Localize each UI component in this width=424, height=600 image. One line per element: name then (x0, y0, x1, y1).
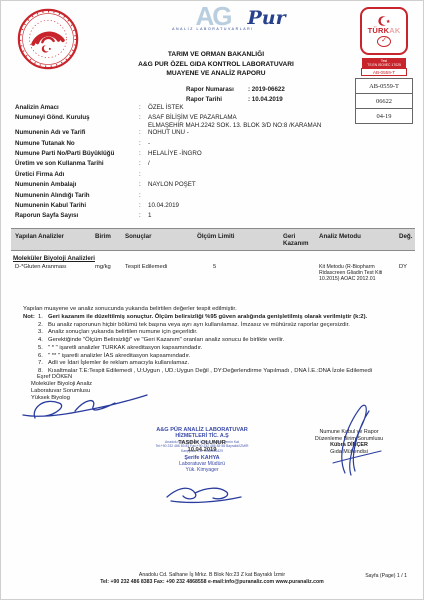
officer-title: Gıda Mühendisi (301, 449, 397, 456)
report-meta: Rapor Numarası : 2019-06622 Rapor Tarihi… (186, 85, 285, 104)
page-number: Sayfa (Page) 1 / 1 (365, 573, 407, 579)
title-laboratory: A&G PUR ÖZEL GIDA KONTROL LABORATUVARI (96, 60, 336, 70)
turkak-cert-box: Test TS EN ISO/IEC 17025 (362, 58, 406, 68)
analyst-dept: Moleküler Biyoloji Analiz (31, 381, 92, 388)
field-row-packaging: Numunenin Ambalajı: NAYLON POŞET (15, 181, 375, 191)
field-row-sending-organization: Numuneyi Gönd. Kuruluş: ASAF BİLİŞİM VE … (15, 114, 375, 129)
analyst-role: Laboratuvar Sorumlusu (31, 388, 92, 395)
field-row-production-date: Üretim ve son Kullanma Tarihi: / (15, 160, 375, 170)
turkak-cert-line2: TS EN ISO/IEC 17025 (362, 63, 406, 67)
title-ministry: TARIM VE ORMAN BAKANLIĞI (96, 50, 336, 60)
manager-title: Yük. Kimyager (143, 467, 261, 473)
report-date-label: Rapor Tarihi (186, 95, 248, 105)
note-row: 5. " * " işaretli analizler TURKAK akred… (23, 345, 413, 353)
report-number-value: : 2019-06622 (248, 85, 285, 95)
report-number-row: Rapor Numarası : 2019-06622 (186, 85, 285, 95)
analysis-table-header: Yapılan Analizler Birim Sonuçlar Ölçüm L… (11, 228, 415, 251)
table-row: D-*Gluten Aranması mg/kg Tespit Edilemed… (11, 264, 415, 282)
report-number-label: Rapor Numarası (186, 85, 248, 95)
col-recovery: Geri Kazanım (283, 233, 319, 247)
cell-analysis: D-*Gluten Aranması (15, 264, 95, 282)
report-date-value: : 10.04.2019 (248, 95, 283, 105)
cell-unit: mg/kg (95, 264, 125, 282)
turkak-cert-code: AB-0559-T (361, 68, 407, 76)
col-unit: Birim (95, 233, 125, 247)
cell-evaluation: DY (399, 264, 419, 282)
agpur-logo-script: Pur (248, 7, 286, 29)
field-row-analysis-purpose: Analizin Amacı: ÖZEL İSTEK (15, 104, 375, 114)
sample-info-fields: Analizin Amacı: ÖZEL İSTEK Numuneyi Gönd… (15, 104, 375, 223)
summary-text: Yapılan muayene ve analiz sonucunda yuka… (23, 306, 237, 312)
notes-section: Not: 1. Geri kazanım ile düzeltilmiş son… (23, 314, 413, 376)
footer-address: Anadolu Cd. Salhane İş Mrkz. B Blok No:2… (1, 572, 423, 579)
report-officer-signature-block: Numune Kabul ve Rapor Düzenleme Birim So… (301, 429, 397, 455)
field-row-page-count: Raporun Sayfa Sayısı: 1 (15, 212, 375, 222)
report-page: AG Pur ANALİZ LABORATUVARLARI TARIM VE O… (0, 0, 424, 600)
officer-name: Kübra DİNÇER (301, 442, 397, 449)
accreditation-code-box: AB-0559-T (355, 78, 413, 94)
officer-line1: Numune Kabul ve Rapor (301, 429, 397, 436)
analysis-table: Yapılan Analizler Birim Sonuçlar Ölçüm L… (11, 228, 415, 282)
cell-method: Kit Metodu (R-Biopharm Ridascreen Gliadi… (319, 264, 399, 282)
note-row: 4. Gerektiğinde "Ölçüm Belirsizliği" ve … (23, 337, 413, 345)
stamp-company-line2: HİZMETLERİ TİC. A.Ş (143, 433, 261, 439)
manager-handwritten-signature (161, 483, 251, 505)
field-row-sample-name: Numunenin Adı ve Tarifi: NOHUT UNU - (15, 129, 375, 139)
agpur-logo-letters: AG (196, 1, 231, 31)
col-method: Analiz Metodu (319, 233, 399, 247)
field-row-producer-name: Üretici Firma Adı: (15, 171, 375, 181)
laboratory-stamp: A&G PÜR ANALİZ LABORATUVAR HİZMETLERİ Tİ… (143, 427, 261, 473)
cell-recovery (283, 264, 319, 282)
field-row-record-no: Numune Tutanak No: - (15, 140, 375, 150)
field-row-sampling-date: Numunenin Alındığı Tarih: (15, 192, 375, 202)
checkmark-icon: ✓ (377, 36, 391, 47)
footer: Anadolu Cd. Salhane İş Mrkz. B Blok No:2… (1, 572, 423, 586)
turkak-logo: TÜRKAK ✓ (360, 7, 408, 55)
col-results: Sonuçlar (125, 233, 197, 247)
crescent-star-icon (375, 15, 393, 26)
document-titles: TARIM VE ORMAN BAKANLIĞI A&G PUR ÖZEL GI… (96, 50, 336, 79)
field-row-acceptance-date: Numunenin Kabul Tarihi: 10.04.2019 (15, 202, 375, 212)
note-row: 2. Bu analiz raporunun hiçbir bölümü tek… (23, 322, 413, 330)
field-row-batch-no: Numune Parti No/Parti Büyüklüğü: HELALİY… (15, 150, 375, 160)
approval-overlay: TASDİK OLUNUR 10.04.2019 (143, 440, 261, 454)
analyst-name: Eşref DÖKEN (31, 374, 92, 381)
analyst-title: Yüksek Biyolog (31, 395, 92, 402)
turkak-wordmark: TÜRKAK (368, 26, 401, 35)
col-analyses: Yapılan Analizler (15, 233, 95, 247)
note-row: 3. Analiz sonuçları yukarıda belirtilen … (23, 329, 413, 337)
ministry-seal-icon (17, 8, 79, 70)
col-limit: Ölçüm Limiti (197, 233, 283, 247)
approval-text: TASDİK OLUNUR (143, 440, 261, 447)
note-row: Not: 1. Geri kazanım ile düzeltilmiş son… (23, 314, 413, 322)
approval-date: 10.04.2019 (143, 447, 261, 454)
cell-limit: 5 (197, 264, 283, 282)
report-date-row: Rapor Tarihi : 10.04.2019 (186, 95, 285, 105)
analyst-signature-block: Eşref DÖKEN Moleküler Biyoloji Analiz La… (31, 374, 92, 402)
col-evaluation: Değ. (399, 233, 419, 247)
table-group-title: Moleküler Biyoloji Analizleri (13, 255, 415, 262)
footer-contact: Tel: +90 232 486 8383 Fax: +90 232 48685… (1, 579, 423, 586)
cell-result: Tespit Edilemedi (125, 264, 197, 282)
title-report-type: MUAYENE VE ANALİZ RAPORU (96, 69, 336, 79)
agpur-logo: AG Pur ANALİZ LABORATUVARLARI (153, 3, 273, 45)
note-row: 7. Adli ve İdari İşlemler ile reklam ama… (23, 360, 413, 368)
